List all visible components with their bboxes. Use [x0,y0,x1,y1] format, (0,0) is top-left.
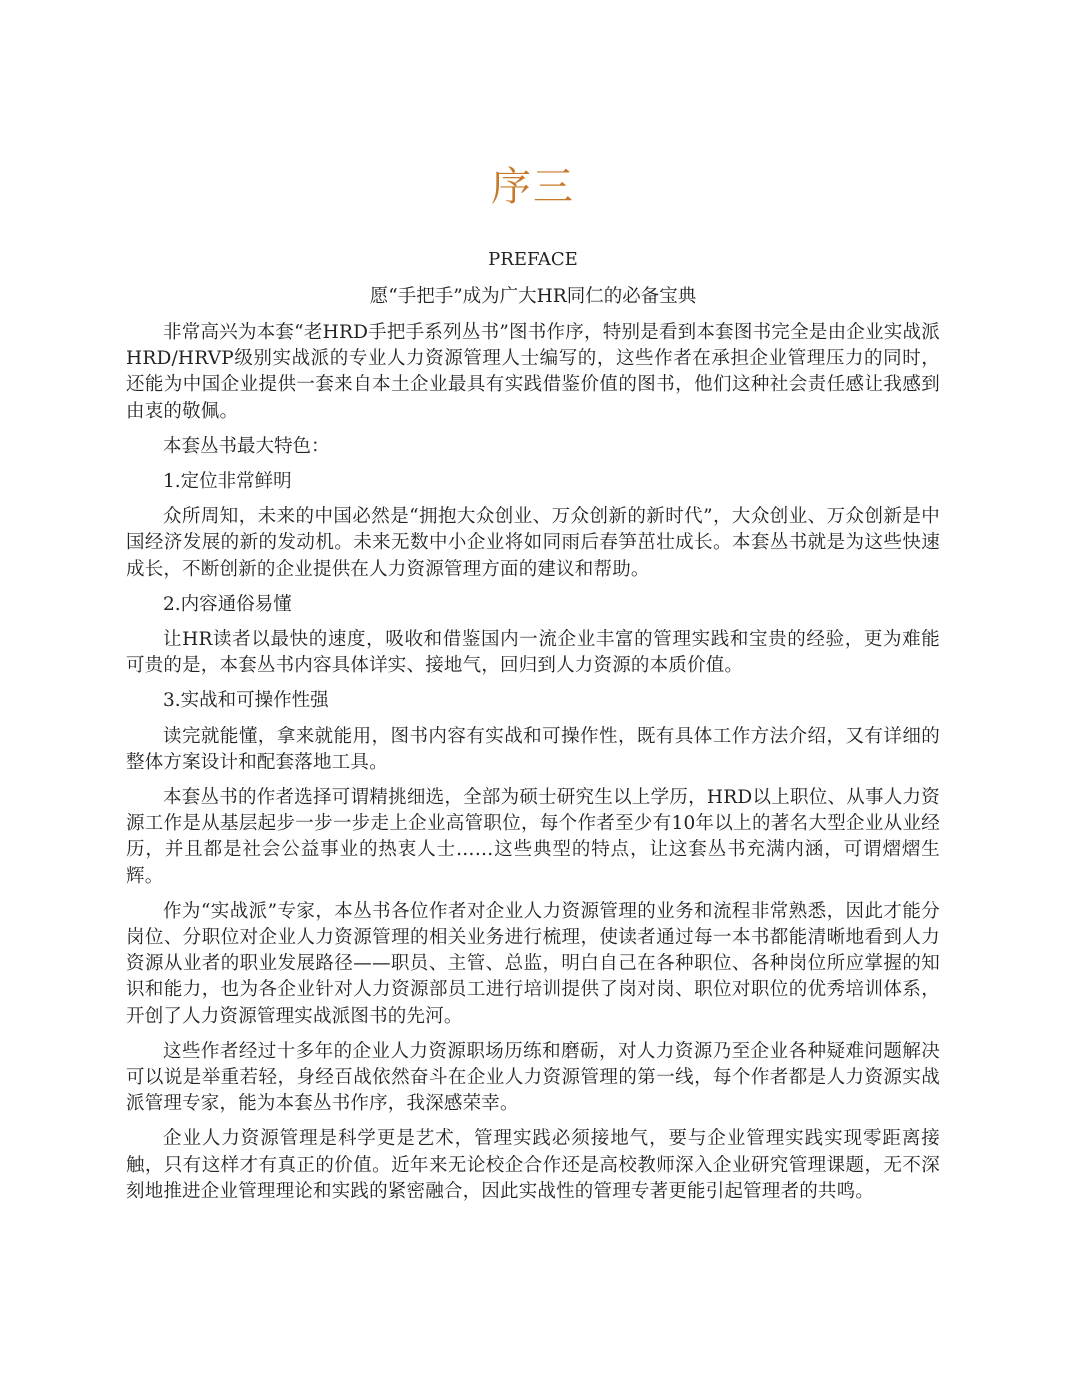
paragraph-easy-content: 让HR读者以最快的速度，吸收和借鉴国内一流企业丰富的管理实践和宝贵的经验，更为难… [126,627,940,679]
page-title: 序三 [126,163,940,211]
paragraph-authors: 本套丛书的作者选择可谓精挑细选，全部为硕士研究生以上学历，HRD以上职位、从事人… [126,785,940,890]
paragraph-experience: 这些作者经过十多年的企业人力资源职场历练和磨砺，对人力资源乃至企业各种疑难问题解… [126,1039,940,1118]
paragraph-practical: 读完就能懂，拿来就能用，图书内容有实战和可操作性，既有具体工作方法介绍，又有详细… [126,724,940,776]
paragraph-positioning: 众所周知，未来的中国必然是“拥抱大众创业、万众创新的新时代”，大众创业、万众创新… [126,504,940,583]
paragraph-experts: 作为“实战派”专家，本丛书各位作者对企业人力资源管理的业务和流程非常熟悉，因此才… [126,899,940,1030]
section-heading-1: 1.定位非常鲜明 [126,469,940,495]
section-heading-3: 3.实战和可操作性强 [126,688,940,714]
section-heading-features: 本套丛书最大特色： [126,434,940,460]
document-body: 非常高兴为本套“老HRD手把手系列丛书”图书作序，特别是看到本套图书完全是由企业… [126,320,940,1214]
paragraph-conclusion: 企业人力资源管理是科学更是艺术，管理实践必须接地气，要与企业管理实践实现零距离接… [126,1126,940,1205]
paragraph-intro: 非常高兴为本套“老HRD手把手系列丛书”图书作序，特别是看到本套图书完全是由企业… [126,320,940,425]
section-heading-2: 2.内容通俗易懂 [126,592,940,618]
subtitle-chinese: 愿“手把手”成为广大HR同仁的必备宝典 [126,284,940,310]
subtitle-english: PREFACE [126,247,940,273]
